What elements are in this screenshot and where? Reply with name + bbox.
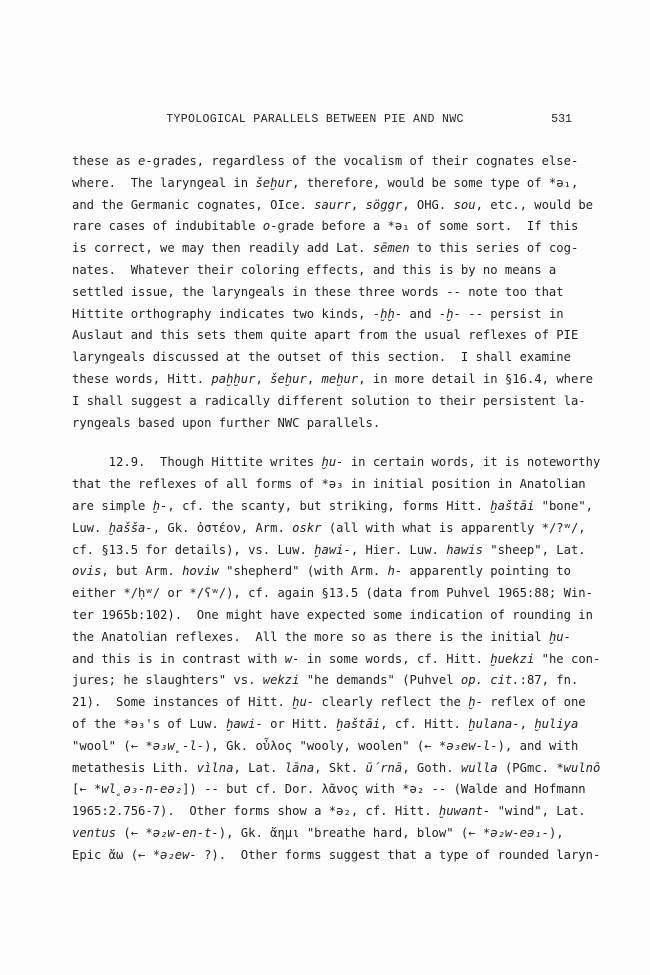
italic-term: e — [138, 154, 145, 168]
text-line: ventus (← *ə₂w-en-t-), Gk. ἄημι "breathe… — [72, 823, 612, 845]
page-header: TYPOLOGICAL PARALLELS BETWEEN PIE AND NW… — [72, 112, 586, 127]
text-line: rare cases of indubitable o-grade before… — [72, 216, 612, 238]
text-line: settled issue, the laryngeals in these t… — [72, 282, 612, 304]
paragraph: 12.9. Though Hittite writes ḫu- in certa… — [72, 452, 612, 866]
italic-term: paḫḫur — [211, 372, 255, 386]
text-line: either */ḥʷ/ or */ʕʷ/), cf. again §13.5 … — [72, 583, 612, 605]
italic-term: *wulnō — [556, 761, 600, 775]
italic-term: -ḫḫ- — [373, 307, 402, 321]
text-line: [← *wl̥ə₃-n-eə₂]) -- but cf. Dor. λᾶνος … — [72, 779, 612, 801]
italic-term: ovis — [72, 564, 101, 578]
text-line: of the *ə₃'s of Luw. ḫawi- or Hitt. ḫašt… — [72, 714, 612, 736]
text-line: that the reflexes of all forms of *ə₃ in… — [72, 474, 612, 496]
italic-term: h- — [388, 564, 403, 578]
text-line: the Anatolian reflexes. All the more so … — [72, 627, 612, 649]
text-line: where. The laryngeal in šeḫur, therefore… — [72, 173, 612, 195]
italic-term: ḫašša- — [109, 521, 153, 535]
running-head: TYPOLOGICAL PARALLELS BETWEEN PIE AND NW… — [72, 112, 586, 127]
text-line: nates. Whatever their coloring effects, … — [72, 260, 612, 282]
italic-term: vìlna — [197, 761, 234, 775]
italic-term: *ə₃w̥-l- — [145, 739, 204, 753]
italic-term: ū́rnā — [366, 761, 403, 775]
text-line: jures; he slaughters" vs. wekzi "he dema… — [72, 670, 612, 692]
italic-term: ḫaštāi — [336, 717, 380, 731]
italic-term: hawis — [446, 543, 483, 557]
italic-term: ḫuekzi — [490, 652, 534, 666]
text-line: and the Germanic cognates, OIce. saurr, … — [72, 195, 612, 217]
text-line: 12.9. Though Hittite writes ḫu- in certa… — [72, 452, 612, 474]
text-line: Hittite orthography indicates two kinds,… — [72, 304, 612, 326]
italic-term: ḫuliya — [534, 717, 578, 731]
text-line: and this is in contrast with w- in some … — [72, 649, 612, 671]
italic-term: sēmen — [373, 241, 410, 255]
text-line: I shall suggest a radically different so… — [72, 391, 612, 413]
italic-term: ḫuwant- — [439, 804, 490, 818]
italic-term: *ə₃ew-l- — [439, 739, 498, 753]
italic-term: op. cit. — [461, 673, 520, 687]
italic-term: ḫu- — [292, 695, 314, 709]
page-body: these as e-grades, regardless of the voc… — [72, 151, 612, 867]
italic-term: söggr — [366, 198, 403, 212]
italic-term: -ḫ- — [439, 307, 461, 321]
italic-term: šeḫur — [270, 372, 307, 386]
italic-term: ḫ- — [153, 499, 168, 513]
italic-term: w- — [285, 652, 300, 666]
italic-term: *ə₂w-eə₁- — [483, 826, 549, 840]
italic-term: ventus — [72, 826, 116, 840]
text-line: Epic ἄω (← *ə₂ew- ?). Other forms sugges… — [72, 845, 612, 867]
italic-term: saurr — [314, 198, 351, 212]
italic-term: ḫu- — [321, 455, 343, 469]
text-line: laryngeals discussed at the outset of th… — [72, 347, 612, 369]
italic-term: ḫawi- — [226, 717, 263, 731]
text-line: Luw. ḫašša-, Gk. ὀστέον, Arm. oskr (all … — [72, 518, 612, 540]
italic-term: ḫawi- — [314, 543, 351, 557]
text-line: metathesis Lith. vìlna, Lat. lāna, Skt. … — [72, 758, 612, 780]
italic-term: sou — [454, 198, 476, 212]
text-line: cf. §13.5 for details), vs. Luw. ḫawi-, … — [72, 540, 612, 562]
text-line: ryngeals based upon further NWC parallel… — [72, 413, 612, 435]
text-line: 1965:2.756-7). Other forms show a *ə₂, c… — [72, 801, 612, 823]
italic-term: hoviw — [182, 564, 219, 578]
text-line: "wool" (← *ə₃w̥-l-), Gk. οὖλος "wooly, w… — [72, 736, 612, 758]
italic-term: ḫu- — [549, 630, 571, 644]
italic-term: ḫulana- — [468, 717, 519, 731]
text-line: ter 1965b:102). One might have expected … — [72, 605, 612, 627]
italic-term: *ə₂w-en-t- — [145, 826, 218, 840]
text-line: is correct, we may then readily add Lat.… — [72, 238, 612, 260]
italic-term: šeḫur — [255, 176, 292, 190]
text-line: these words, Hitt. paḫḫur, šeḫur, meḫur,… — [72, 369, 612, 391]
italic-term: ḫ- — [468, 695, 483, 709]
text-line: ovis, but Arm. hoviw "shepherd" (with Ar… — [72, 561, 612, 583]
italic-term: ḫaštāi — [490, 499, 534, 513]
italic-term: o — [263, 219, 270, 233]
italic-term: wulla — [461, 761, 498, 775]
text-line: are simple ḫ-, cf. the scanty, but strik… — [72, 496, 612, 518]
text-line: 21). Some instances of Hitt. ḫu- clearly… — [72, 692, 612, 714]
italic-term: lāna — [285, 761, 314, 775]
scanned-paper-page: TYPOLOGICAL PARALLELS BETWEEN PIE AND NW… — [0, 0, 650, 975]
italic-term: oskr — [292, 521, 321, 535]
italic-term: *ə₂ew- — [153, 848, 197, 862]
text-line: Auslaut and this sets them quite apart f… — [72, 325, 612, 347]
italic-term: wekzi — [263, 673, 300, 687]
paragraph: these as e-grades, regardless of the voc… — [72, 151, 612, 434]
italic-term: meḫur — [322, 372, 359, 386]
page-number: 531 — [551, 112, 572, 127]
italic-term: *wl̥ə₃-n-eə₂ — [94, 782, 182, 796]
text-line: these as e-grades, regardless of the voc… — [72, 151, 612, 173]
